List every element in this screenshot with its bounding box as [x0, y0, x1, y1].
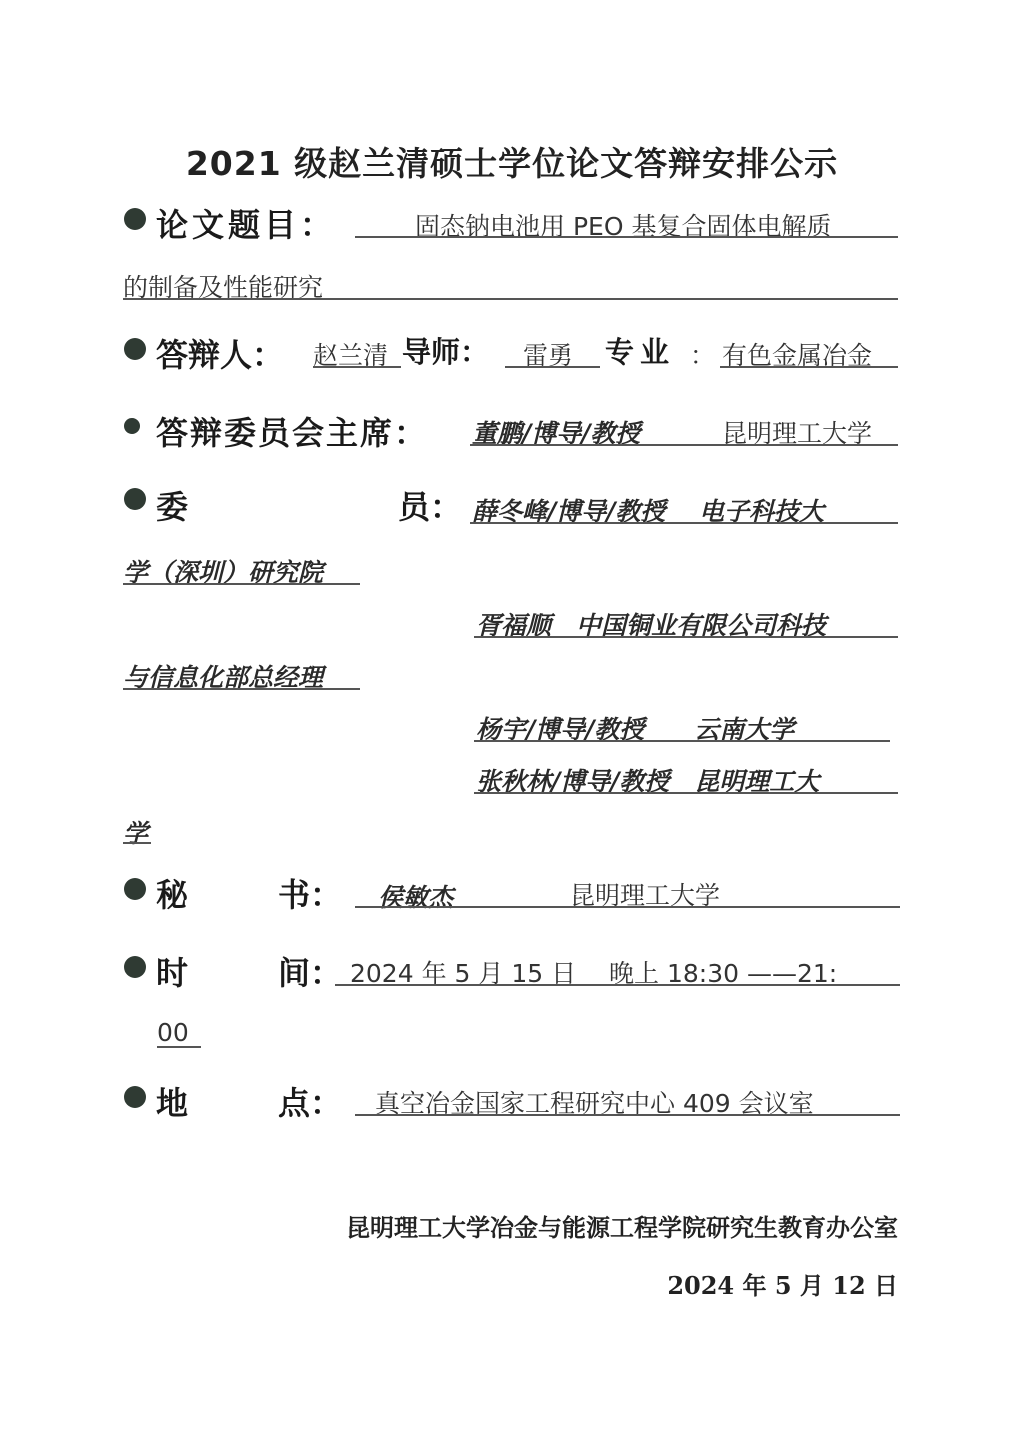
document-page: 2021 级赵兰清硕士学位论文答辩安排公示 论文题目： 固态钠电池用 PEO 基…: [0, 0, 1024, 1448]
secretary-label-part2: 书：: [278, 870, 342, 916]
chair-label: 答辩委员会主席：: [156, 408, 428, 454]
secretary-name: 侯敏杰: [378, 878, 453, 914]
underline: [123, 842, 151, 844]
bullet-icon: [124, 338, 146, 360]
underline: [335, 984, 900, 986]
bullet-icon: [124, 208, 146, 230]
underline: [157, 1046, 201, 1048]
thesis-label: 论文题目：: [156, 200, 336, 246]
underline: [505, 366, 600, 368]
underline: [474, 740, 890, 742]
members-label-part2: 员：: [398, 482, 462, 528]
bullet-icon: [124, 956, 146, 978]
underline: [470, 522, 898, 524]
bullet-icon: [124, 488, 146, 510]
time-label-part1: 时: [156, 948, 188, 994]
bullet-icon: [124, 878, 146, 900]
place-label-part1: 地: [156, 1078, 188, 1124]
underline: [470, 444, 898, 446]
major-label: 专业: [605, 330, 675, 371]
underline: [123, 298, 898, 300]
underline: [355, 1114, 900, 1116]
place-label-part2: 点：: [278, 1078, 342, 1124]
underline: [355, 236, 898, 238]
underline: [474, 636, 898, 638]
issue-date: 2024 年 5 月 12 日: [667, 1266, 898, 1301]
underline: [355, 906, 900, 908]
member-4-line2: 学: [123, 814, 148, 850]
bullet-icon: [124, 418, 140, 434]
underline: [313, 366, 401, 368]
major-colon: ：: [690, 336, 715, 372]
defender-label: 答辩人：: [156, 330, 284, 376]
underline: [123, 688, 360, 690]
members-label-part1: 委: [156, 482, 188, 528]
underline: [474, 792, 898, 794]
secretary-label-part1: 秘: [156, 870, 188, 916]
advisor-label: 导师：: [402, 330, 489, 371]
time-label-part2: 间：: [278, 948, 342, 994]
page-title: 2021 级赵兰清硕士学位论文答辩安排公示: [0, 138, 1024, 185]
bullet-icon: [124, 1086, 146, 1108]
underline: [123, 583, 360, 585]
time-value-line2: 00: [157, 1018, 189, 1047]
issuing-office: 昆明理工大学冶金与能源工程学院研究生教育办公室: [346, 1208, 898, 1243]
underline: [720, 366, 898, 368]
